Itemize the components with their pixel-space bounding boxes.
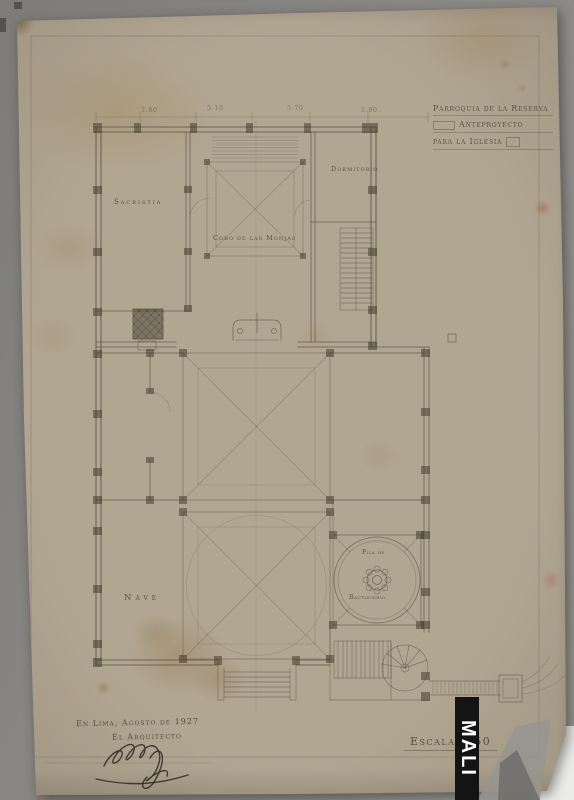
mali-watermark-text: MALI (456, 720, 479, 777)
drawing-sheet: 1.80 5.10 5.70 1.80 Parroquia de la Rese… (0, 0, 574, 800)
sheet-wrapper: 1.80 5.10 5.70 1.80 Parroquia de la Rese… (0, 0, 574, 800)
mali-watermark: MALI (455, 697, 479, 800)
scale-label: Escala 1:50 (404, 735, 497, 751)
photographed-drawing: 1.80 5.10 5.70 1.80 Parroquia de la Rese… (0, 0, 574, 800)
architect-signature (0, 0, 574, 800)
